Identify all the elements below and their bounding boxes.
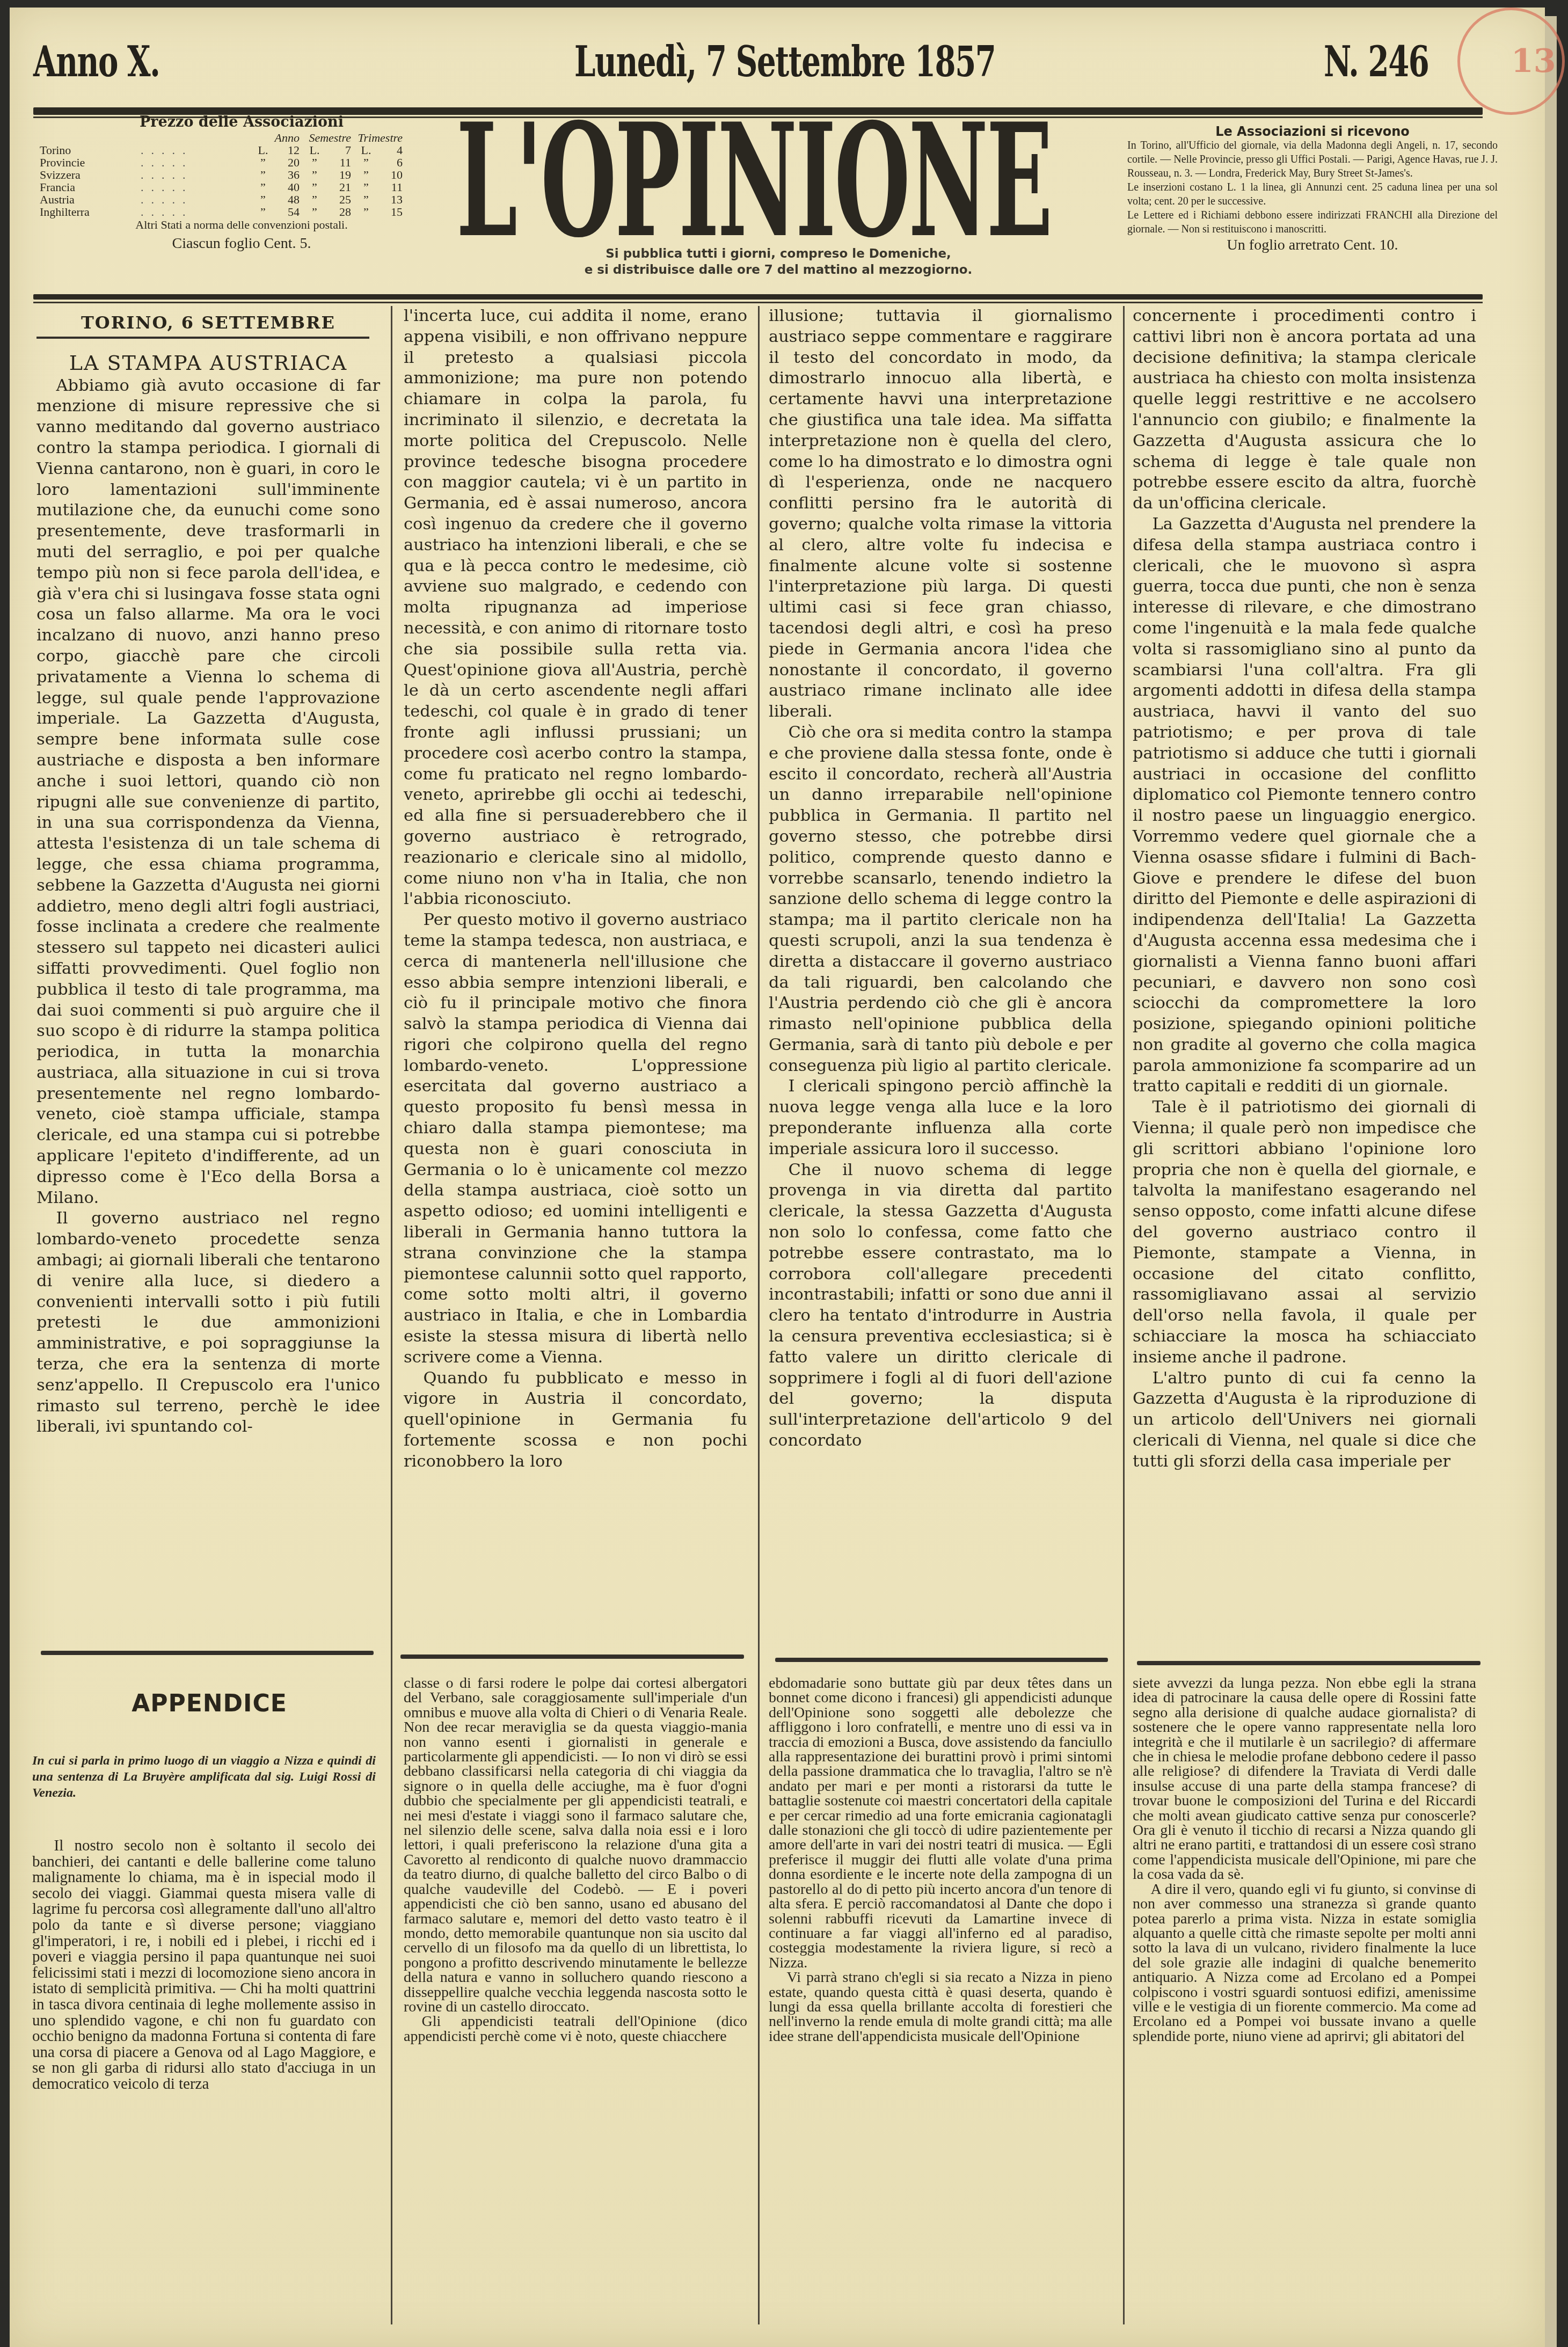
column-divider	[391, 306, 392, 2324]
paragraph: Il nostro secolo non è soltanto il secol…	[32, 1838, 376, 2093]
appendice-rule	[41, 1651, 374, 1655]
single-copy-price: Ciascun foglio Cent. 5.	[70, 235, 413, 252]
paragraph: Ciò che ora si medita contro la stampa e…	[769, 723, 1112, 1077]
page-edge	[1545, 16, 1557, 2347]
col-semestre: Semestre	[302, 132, 353, 144]
back-issue-price: Un foglio arretrato Cent. 10.	[1127, 238, 1498, 252]
subs-ads-rates: Le inserzioni costano L. 1 la linea, gli…	[1127, 180, 1498, 208]
paragraph: illusione; tuttavia il giornalismo austr…	[769, 306, 1112, 723]
appendice-title: APPENDICE	[86, 1690, 333, 1717]
paragraph: Abbiamo già avuto occasione di far menzi…	[37, 376, 380, 1209]
paragraph: L'altro punto di cui fa cenno la Gazzett…	[1133, 1368, 1476, 1473]
appendice-rule	[1137, 1661, 1481, 1665]
paragraph: I clericali spingono perciò affinchè la …	[769, 1076, 1112, 1160]
appendice-column-4: siete avvezzi da lunga pezza. Non ebbe e…	[1133, 1676, 1476, 2044]
price-row: Francia.....”40”21”11	[38, 181, 405, 193]
paragraph: Vi parrà strano ch'egli si sia recato a …	[769, 1970, 1112, 2044]
appendice-subtitle: In cui si parla in primo luogo di un via…	[32, 1753, 376, 1801]
issue-date: Lunedì, 7 Settembre 1857	[574, 38, 995, 86]
volume-year: Anno X.	[33, 38, 159, 86]
article-column-3: illusione; tuttavia il giornalismo austr…	[769, 306, 1112, 1452]
paragraph: Tale è il patriotismo dei giornali di Vi…	[1133, 1097, 1476, 1368]
subscription-info-box: Le Associazioni si ricevono In Torino, a…	[1127, 125, 1498, 252]
subs-letters: Le Lettere ed i Richiami debbono essere …	[1127, 208, 1498, 236]
appendice-rule	[400, 1654, 744, 1659]
paragraph: Quando fu pubblicato e messo in vigore i…	[404, 1368, 747, 1473]
subscription-price-box: Prezzo delle Associazioni Anno Semestre …	[38, 114, 413, 252]
dateline-torino: TORINO, 6 SETTEMBRE	[37, 312, 380, 333]
section-rule	[37, 337, 369, 339]
paragraph: Che il nuovo schema di legge provenga in…	[769, 1160, 1112, 1452]
subs-title: Le Associazioni si ricevono	[1127, 125, 1498, 139]
masthead-rule	[33, 294, 1483, 300]
paragraph: siete avvezzi da lunga pezza. Non ebbe e…	[1133, 1676, 1476, 1882]
article-column-4: concernente i procedimenti contro i catt…	[1133, 306, 1476, 1473]
dateline: Anno X. Lunedì, 7 Settembre 1857 N. 246	[0, 38, 1535, 97]
article-headline: LA STAMPA AUSTRIACA	[37, 353, 380, 374]
price-row: Inghilterra.....”54”28”15	[38, 206, 405, 218]
price-table: Anno Semestre Trimestre Torino.....L.12L…	[38, 132, 405, 218]
article-column-2: l'incerta luce, cui addita il nome, eran…	[404, 306, 747, 1473]
newspaper-masthead: L'OPINIONE	[456, 119, 793, 243]
appendice-column-1: Il nostro secolo non è soltanto il secol…	[32, 1838, 376, 2093]
col-trimestre: Trimestre	[353, 132, 405, 144]
subs-offices: In Torino, all'Ufficio del giornale, via…	[1127, 139, 1498, 180]
paragraph: concernente i procedimenti contro i catt…	[1133, 306, 1476, 514]
paragraph: Il governo austriaco nel regno lombardo-…	[37, 1208, 380, 1438]
publication-tagline: Si pubblica tutti i giorni, compreso le …	[483, 246, 1074, 278]
paragraph: l'incerta luce, cui addita il nome, eran…	[404, 306, 747, 910]
masthead-rule-thin	[33, 302, 1483, 303]
paragraph: ebdomadarie sono buttate giù par deux tê…	[769, 1676, 1112, 1970]
paragraph: La Gazzetta d'Augusta nel prendere la di…	[1133, 514, 1476, 1097]
price-row: Austria.....”48”25”13	[38, 193, 405, 206]
appendice-rule	[775, 1658, 1108, 1662]
appendice-column-2: classe o di farsi rodere le polpe dai co…	[404, 1676, 747, 2044]
paragraph: Gli appendicisti teatrali dell'Opinione …	[404, 2014, 747, 2044]
issue-number: N. 246	[1324, 38, 1428, 86]
price-row: Svizzera.....”36”19”10	[38, 169, 405, 181]
appendice-column-3: ebdomadarie sono buttate giù par deux tê…	[769, 1676, 1112, 2044]
price-title: Prezzo delle Associazioni	[70, 114, 413, 130]
paragraph: A dire il vero, quando egli vi fu giunto…	[1133, 1882, 1476, 2044]
article-column-1: TORINO, 6 SETTEMBRE LA STAMPA AUSTRIACA …	[37, 310, 380, 1438]
column-divider	[1123, 306, 1125, 2324]
price-row: Provincie.....”20”11”6	[38, 156, 405, 169]
postal-note: Altri Stati a norma delle convenzioni po…	[70, 218, 413, 232]
column-divider	[758, 306, 760, 2324]
price-row: Torino.....L.12L.7L.4	[38, 144, 405, 156]
paragraph: classe o di farsi rodere le polpe dai co…	[404, 1676, 747, 2014]
col-anno: Anno	[250, 132, 302, 144]
paragraph: Per questo motivo il governo austriaco t…	[404, 910, 747, 1368]
